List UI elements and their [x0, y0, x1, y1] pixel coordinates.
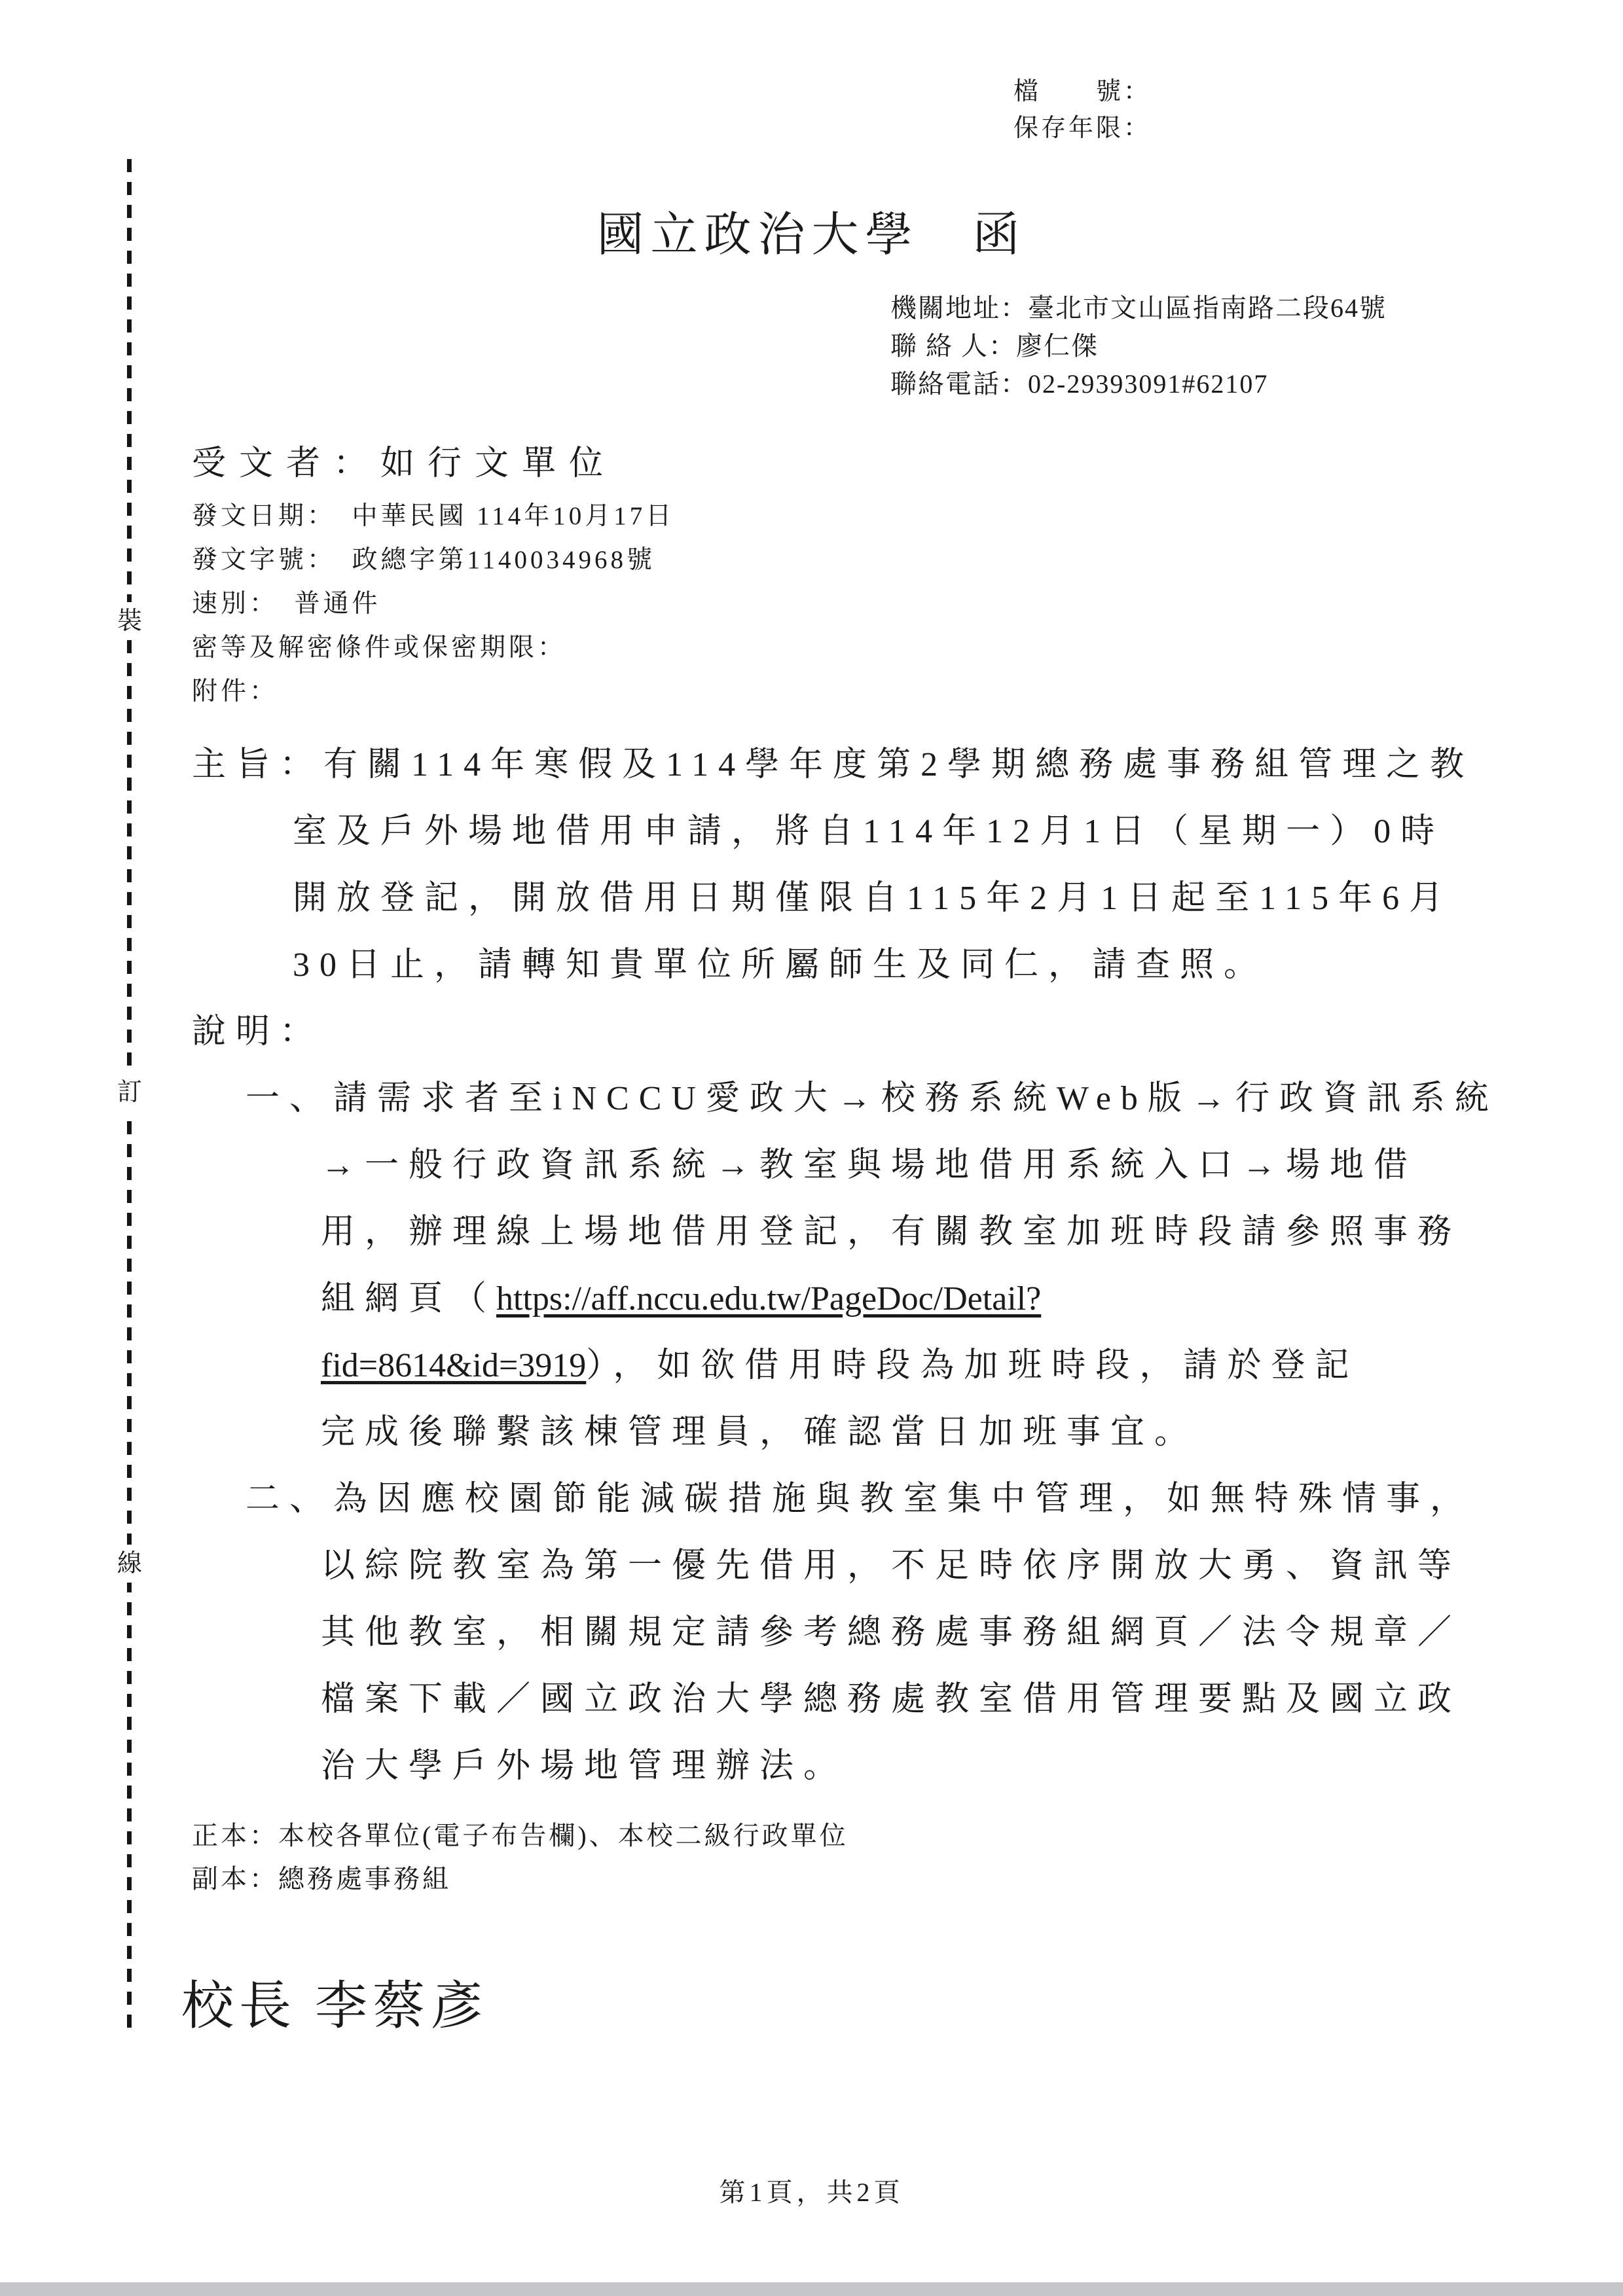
list-item-line: 組網頁（https://aff.nccu.edu.tw/PageDoc/Deta…	[192, 1266, 1501, 1333]
agency-info-block: 機關地址：臺北市文山區指南路二段64號 聯 絡 人：廖仁傑 聯絡電話：02-29…	[890, 289, 1387, 403]
security-line: 密等及解密條件或保密期限：	[192, 626, 674, 670]
page-number: 第1頁，共2頁	[0, 2172, 1623, 2209]
explanation-label: 說明：	[192, 999, 1501, 1066]
letter-body: 主旨：有關114年寒假及114學年度第2學期總務處事務組管理之教 室及戶外場地借…	[192, 732, 1501, 1800]
agency-phone: 聯絡電話：02-29393091#62107	[890, 365, 1387, 403]
recipient-line: 受文者：如行文單位	[192, 435, 616, 484]
list-item-marker: 一、	[246, 1080, 333, 1117]
list-item-text: 組網頁（	[321, 1280, 496, 1318]
list-item-line: 其他教室，相關規定請參考總務處事務組網頁／法令規章／	[192, 1600, 1501, 1666]
list-item-line: 治大學戶外場地管理辦法。	[192, 1733, 1501, 1800]
binding-mark-ding: 訂	[109, 1073, 150, 1111]
subject-label: 主旨：	[192, 746, 323, 783]
meta-block: 發文日期： 中華民國 114年10月17日 發文字號： 政總字第11400349…	[192, 494, 674, 713]
issue-date-line: 發文日期： 中華民國 114年10月17日	[192, 494, 674, 538]
subject-line: 主旨：有關114年寒假及114學年度第2學期總務處事務組管理之教	[192, 732, 1501, 798]
list-item-line: 完成後聯繫該棟管理員，確認當日加班事宜。	[192, 1399, 1501, 1466]
url-text: https://aff.nccu.edu.tw/PageDoc/Detail?	[496, 1280, 1041, 1318]
bottom-gray-bar	[0, 2282, 1623, 2296]
speed-line: 速別： 普通件	[192, 582, 674, 626]
file-header-block: 檔 號： 保存年限：	[1013, 73, 1151, 147]
url-text: fid=8614&id=3919	[321, 1347, 586, 1384]
official-letter-page: 裝 訂 線 檔 號： 保存年限： 國立政治大學 函 機關地址：臺北市文山區指南路…	[0, 0, 1623, 2296]
list-item-text: 為因應校園節能減碳措施與教室集中管理，如無特殊情事，	[333, 1480, 1474, 1518]
subject-line: 室及戶外場地借用申請，將自114年12月1日（星期一）0時	[192, 798, 1501, 865]
signature-line: 校長 李蔡彥	[181, 1964, 488, 2039]
page-title: 國立政治大學 函	[0, 196, 1623, 264]
list-item-line: 以綜院教室為第一優先借用，不足時依序開放大勇、資訊等	[192, 1533, 1501, 1600]
agency-contact-person: 聯 絡 人：廖仁傑	[890, 327, 1387, 365]
agency-address: 機關地址：臺北市文山區指南路二段64號	[890, 289, 1387, 327]
list-item-line: fid=8614&id=3919），如欲借用時段為加班時段，請於登記	[192, 1333, 1501, 1399]
binding-mark-xian: 線	[109, 1545, 150, 1583]
copies-cc-line: 副本：總務處事務組	[192, 1857, 848, 1901]
list-item-line: 用，辦理線上場地借用登記，有關教室加班時段請參照事務	[192, 1199, 1501, 1266]
subject-line: 30日止，請轉知貴單位所屬師生及同仁，請查照。	[192, 932, 1501, 999]
subject-text: 有關114年寒假及114學年度第2學期總務處事務組管理之教	[323, 746, 1474, 783]
attachment-line: 附件：	[192, 670, 674, 713]
doc-number-line: 發文字號： 政總字第1140034968號	[192, 538, 674, 582]
file-number-label: 檔 號：	[1013, 73, 1151, 110]
copies-block: 正本：本校各單位(電子布告欄)、本校二級行政單位 副本：總務處事務組	[192, 1814, 848, 1901]
subject-line: 開放登記，開放借用日期僅限自115年2月1日起至115年6月	[192, 865, 1501, 932]
list-item-line: 檔案下載／國立政治大學總務處教室借用管理要點及國立政	[192, 1666, 1501, 1733]
list-item-text: 請需求者至iNCCU愛政大→校務系統Web版→行政資訊系統	[333, 1080, 1499, 1117]
list-item-line: →一般行政資訊系統→教室與場地借用系統入口→場地借	[192, 1132, 1501, 1199]
list-item-line: 二、為因應校園節能減碳措施與教室集中管理，如無特殊情事，	[192, 1466, 1501, 1533]
list-item-marker: 二、	[246, 1480, 333, 1518]
retention-period-label: 保存年限：	[1013, 110, 1151, 147]
copies-original-line: 正本：本校各單位(電子布告欄)、本校二級行政單位	[192, 1814, 848, 1857]
list-item-line: 一、請需求者至iNCCU愛政大→校務系統Web版→行政資訊系統	[192, 1066, 1501, 1132]
list-item-text: ），如欲借用時段為加班時段，請於登記	[586, 1347, 1359, 1384]
binding-mark-zhuang: 裝	[109, 602, 150, 640]
